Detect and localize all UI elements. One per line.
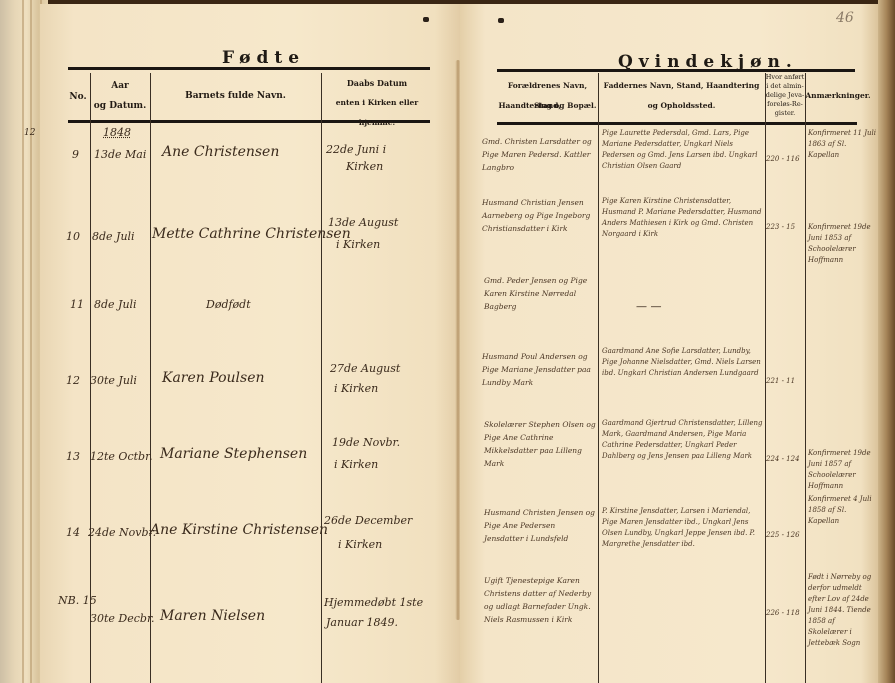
- right-page-stack: [878, 0, 895, 683]
- entry-no: 12: [66, 374, 80, 387]
- header-register-line: foreløs-Re-: [765, 100, 805, 109]
- entry-parents: Gmd. Peder Jensen og Pige Karen Kirstine…: [484, 274, 596, 313]
- entry-baptism-line2: i Kirken: [334, 458, 378, 471]
- entry-child-name: Karen Poulsen: [162, 370, 265, 386]
- entry-baptism-line1: 26de December: [324, 514, 412, 527]
- column-divider: [321, 73, 322, 683]
- header-godparents-line1: Faddernes Navn, Stand, Haandtering: [598, 76, 765, 96]
- entry-baptism-line1: 13de August: [328, 216, 398, 229]
- entry-remarks: Konfirmeret 19de Juni 1853 af Schoolelær…: [808, 222, 876, 266]
- entry-parents: Husmand Poul Andersen og Pige Mariane Je…: [482, 350, 596, 389]
- entry-no: 13: [66, 450, 80, 463]
- entry-child-name: Dødfødt: [206, 298, 251, 311]
- header-register-line: i det almin-: [765, 82, 805, 91]
- entry-birth-date: 30te Decbr.: [90, 612, 155, 625]
- entry-godparents: Gaardmand Ane Sofie Larsdatter, Lundby, …: [602, 346, 764, 379]
- ink-blot: [423, 17, 429, 22]
- column-divider: [150, 73, 151, 683]
- header-date: og Datum.: [90, 96, 150, 116]
- header-parents-line2: Haandtering og Bopæl.: [497, 96, 598, 116]
- entry-godparents: Pige Karen Kirstine Christensdatter, Hus…: [602, 196, 764, 240]
- entry-baptism-line2: Kirken: [346, 160, 383, 173]
- entry-baptism-line1: 19de Novbr.: [332, 436, 400, 449]
- entry-register: 220 - 116: [766, 154, 806, 165]
- entry-birth-date: 24de Novbr.: [88, 526, 156, 539]
- header-top-rule: [497, 69, 855, 72]
- entry-child-name: Ane Christensen: [162, 144, 279, 160]
- page-number: 46: [836, 10, 854, 26]
- entry-remarks: Født i Nørreby og derfor udmeldt efter L…: [808, 572, 876, 649]
- entry-no: 14: [66, 526, 80, 539]
- entry-no: 9: [72, 148, 79, 161]
- entry-parents: Skolelærer Stephen Olsen og Pige Ane Cat…: [484, 418, 596, 470]
- register-book-spread: Fødte No. Aar og Datum. Barnets fulde Na…: [0, 0, 895, 683]
- header-remarks: Anmærkninger.: [805, 86, 871, 106]
- entry-birth-date: 30te Juli: [90, 374, 137, 387]
- entry-remarks: Konfirmeret 4 Juli 1858 af Sl. Kapellan: [808, 494, 876, 527]
- entry-godparents: Pige Laurette Pedersdal, Gmd. Lars, Pige…: [602, 128, 764, 172]
- entry-child-name: Ane Kirstine Christensen: [150, 522, 328, 538]
- ink-blot: [498, 18, 504, 23]
- entry-parents: Husmand Christen Jensen og Pige Ane Pede…: [484, 506, 596, 545]
- margin-mark: 12: [24, 128, 35, 138]
- entry-child-name: Mette Cathrine Christensen: [152, 226, 351, 242]
- entry-birth-date: 8de Juli: [94, 298, 137, 311]
- entry-parents: Husmand Christian Jensen Aarneberg og Pi…: [482, 196, 596, 235]
- header-no: No.: [66, 87, 90, 107]
- entry-register: 225 - 126: [766, 530, 806, 541]
- entry-baptism-line2: Januar 1849.: [326, 616, 398, 629]
- entry-birth-date: 8de Juli: [92, 230, 135, 243]
- entry-godparents: P. Kirstine Jensdatter, Larsen i Mariend…: [602, 506, 764, 550]
- header-year: Aar: [90, 76, 150, 96]
- entry-godparents: Gaardmand Gjertrud Christensdatter, Lill…: [602, 418, 764, 462]
- entry-baptism-line2: i Kirken: [336, 238, 380, 251]
- entry-godparents: — —: [636, 300, 662, 313]
- entry-baptism-line1: 27de August: [330, 362, 400, 375]
- entry-baptism-line2: i Kirken: [338, 538, 382, 551]
- entry-register: 226 - 118: [766, 608, 806, 619]
- entry-child-name: Mariane Stephensen: [160, 446, 307, 462]
- header-top-rule: [68, 67, 430, 70]
- entry-no: NB. 15: [58, 594, 97, 607]
- header-register-line: gister.: [765, 109, 805, 118]
- entry-no: 11: [70, 298, 84, 311]
- entry-baptism-line2: i Kirken: [334, 382, 378, 395]
- entry-register: 221 - 11: [766, 376, 806, 387]
- entry-birth-date: 13de Mai: [94, 148, 146, 161]
- entry-birth-date: 12te Octbr.: [90, 450, 153, 463]
- header-register-line: delige Jeva-: [765, 91, 805, 100]
- column-divider: [598, 73, 599, 683]
- year-label: 1848: [103, 126, 131, 139]
- header-child-name: Barnets fulde Navn.: [150, 86, 321, 106]
- entry-no: 10: [66, 230, 80, 243]
- entry-register: 224 - 124: [766, 454, 806, 465]
- header-register-line: Hvor anført: [765, 73, 805, 82]
- header-bottom-rule: [497, 122, 857, 125]
- header-godparents-line2: og Opholdssted.: [598, 96, 765, 116]
- left-page-title: Fødte: [222, 48, 305, 68]
- entry-register: 223 - 15: [766, 222, 806, 233]
- entry-remarks: Konfirmeret 11 Juli 1863 af Sl. Kapellan: [808, 128, 876, 161]
- header-register: Hvor anført i det almin- delige Jeva- fo…: [765, 73, 805, 118]
- header-baptism-date: Daabs Datum: [321, 73, 433, 93]
- entry-remarks: Konfirmeret 19de Juni 1857 af Schoolelær…: [808, 448, 876, 492]
- header-baptism-place: enten i Kirken eller hjemme.: [321, 93, 433, 133]
- entry-child-name: Maren Nielsen: [160, 608, 265, 624]
- entry-parents: Ugift Tjenestepige Karen Christens datte…: [484, 574, 596, 626]
- entry-baptism-line1: Hjemmedøbt 1ste: [324, 596, 423, 609]
- entry-baptism-line1: 22de Juni i: [326, 143, 386, 156]
- entry-parents: Gmd. Christen Larsdatter og Pige Maren P…: [482, 135, 596, 174]
